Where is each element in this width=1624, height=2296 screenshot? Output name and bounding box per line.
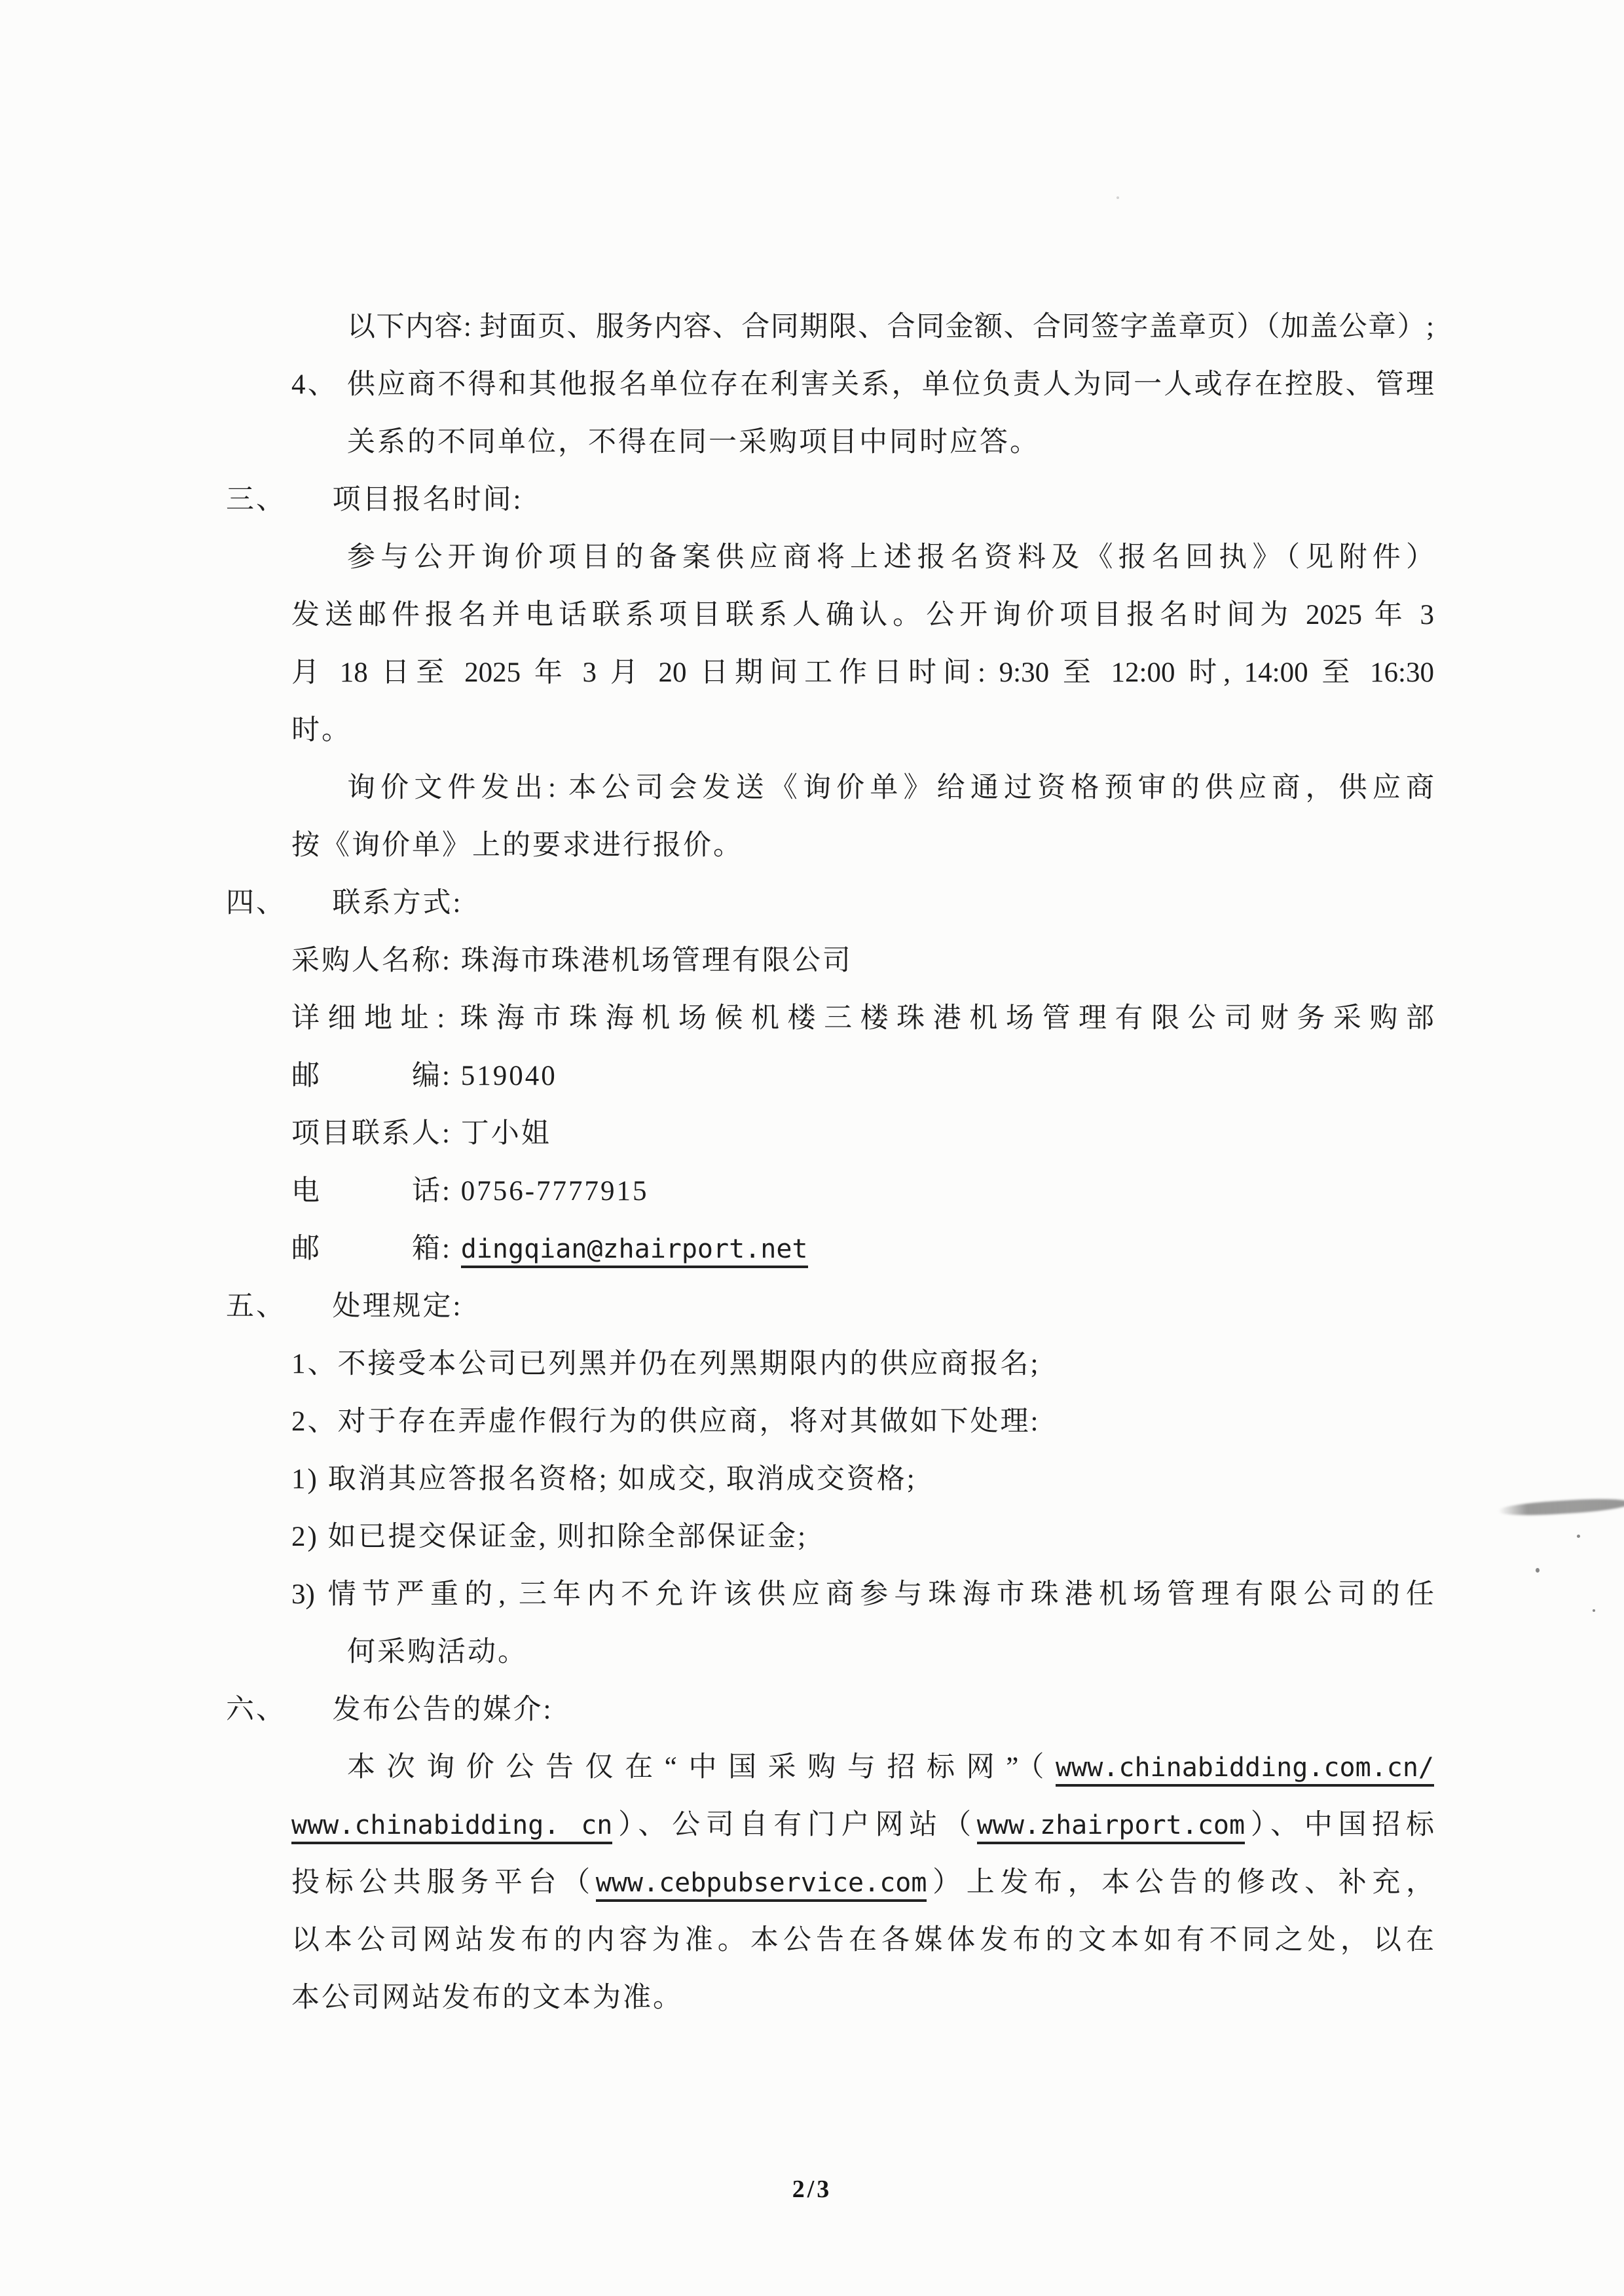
- text-run: 六、 发布公告的媒介:: [226, 1694, 553, 1725]
- text-line: 4、 供应商不得和其他报名单位存在利害关系，单位负责人为同一人或存在控股、管理: [0, 356, 1434, 414]
- text-line: 详细地址: 珠海市珠海机场候机楼三楼珠港机场管理有限公司财务采购部: [0, 990, 1434, 1048]
- text-run: 以本公司网站发布的内容为准。本公告在各媒体发布的文本如有不同之处，以在: [291, 1925, 1434, 1956]
- text-line: 月 18 日至 2025 年 3 月 20 日期间工作日时间: 9:30 至 1…: [0, 644, 1434, 702]
- text-line: 2) 如已提交保证金, 则扣除全部保证金;: [0, 1508, 1624, 1566]
- text-line: 1) 取消其应答报名资格; 如成交, 取消成交资格;: [0, 1451, 1624, 1508]
- scan-speck-artifact: [1536, 1568, 1540, 1573]
- text-line: 何采购活动。: [0, 1624, 1624, 1681]
- text-run: 邮 箱:: [291, 1233, 461, 1264]
- text-run: 邮 编: 519040: [291, 1061, 557, 1091]
- url-link-text: www.chinabidding.com.cn/: [1056, 1753, 1434, 1787]
- text-line: 本次询价公告仅在“中国采购与招标网”（www.chinabidding.com.…: [0, 1739, 1434, 1796]
- text-line: 邮 编: 519040: [0, 1048, 1624, 1105]
- text-run: ）、公司自有门户网站（: [612, 1810, 976, 1840]
- text-run: ）上发布，本公告的修改、补充，: [927, 1867, 1434, 1898]
- text-line: 发送邮件报名并电话联系项目联系人确认。公开询价项目报名时间为 2025 年 3: [0, 587, 1434, 644]
- text-line: 电 话: 0756-7777915: [0, 1163, 1624, 1220]
- text-run: 何采购活动。: [347, 1637, 528, 1667]
- text-line: 邮 箱: dingqian@zhairport.net: [0, 1220, 1624, 1278]
- text-run: 参与公开询价项目的备案供应商将上述报名资料及《报名回执》（见附件）: [347, 542, 1434, 573]
- text-line: 本公司网站发布的文本为准。: [0, 1969, 1624, 2027]
- text-line: 询价文件发出: 本公司会发送《询价单》给通过资格预审的供应商，供应商: [0, 759, 1434, 817]
- text-run: 项目联系人: 丁小姐: [291, 1118, 551, 1149]
- url-link-text: www.zhairport.com: [977, 1810, 1245, 1844]
- text-line: 采购人名称: 珠海市珠港机场管理有限公司: [0, 932, 1624, 990]
- text-run: 三、 项目报名时间:: [226, 484, 523, 515]
- scan-speck-artifact: [1593, 1609, 1595, 1612]
- page-number: 2/3: [0, 2175, 1624, 2204]
- text-run: 本次询价公告仅在“中国采购与招标网”（: [347, 1752, 1056, 1783]
- text-run: 详细地址: 珠海市珠海机场候机楼三楼珠港机场管理有限公司财务采购部: [291, 1003, 1434, 1034]
- text-run: 电 话: 0756-7777915: [291, 1176, 649, 1207]
- text-run: 2、对于存在弄虚作假行为的供应商，将对其做如下处理:: [291, 1406, 1040, 1437]
- text-run: 采购人名称: 珠海市珠港机场管理有限公司: [291, 945, 853, 976]
- text-line: 以下内容: 封面页、服务内容、合同期限、合同金额、合同签字盖章页）（加盖公章）;: [0, 299, 1434, 356]
- url-link-text: www.chinabidding. cn: [291, 1810, 612, 1844]
- text-line: 以本公司网站发布的内容为准。本公告在各媒体发布的文本如有不同之处，以在: [0, 1912, 1434, 1969]
- text-run: 2) 如已提交保证金, 则扣除全部保证金;: [291, 1522, 807, 1552]
- email-link-text: dingqian@zhairport.net: [461, 1234, 808, 1268]
- text-run: 关系的不同单位，不得在同一采购项目中同时应答。: [347, 427, 1040, 458]
- text-line: 四、 联系方式:: [0, 875, 1624, 932]
- text-line: 3) 情节严重的, 三年内不允许该供应商参与珠海市珠港机场管理有限公司的任: [0, 1566, 1434, 1624]
- text-run: 发送邮件报名并电话联系项目联系人确认。公开询价项目报名时间为 2025 年 3: [291, 600, 1434, 630]
- scan-speck-artifact: [1116, 196, 1119, 199]
- text-run: 询价文件发出: 本公司会发送《询价单》给通过资格预审的供应商，供应商: [347, 773, 1434, 803]
- text-run: 五、 处理规定:: [226, 1291, 462, 1322]
- text-run: 本公司网站发布的文本为准。: [291, 1982, 683, 2013]
- text-line: 2、对于存在弄虚作假行为的供应商，将对其做如下处理:: [0, 1393, 1624, 1451]
- text-line: 六、 发布公告的媒介:: [0, 1681, 1624, 1739]
- text-line: 按《询价单》上的要求进行报价。: [0, 817, 1624, 875]
- text-line: www.chinabidding. cn）、公司自有门户网站（www.zhair…: [0, 1796, 1434, 1854]
- document-lines: 以下内容: 封面页、服务内容、合同期限、合同金额、合同签字盖章页）（加盖公章）;…: [0, 299, 1624, 2027]
- text-run: ）、中国招标: [1245, 1810, 1434, 1840]
- text-line: 参与公开询价项目的备案供应商将上述报名资料及《报名回执》（见附件）: [0, 529, 1434, 587]
- text-run: 3) 情节严重的, 三年内不允许该供应商参与珠海市珠港机场管理有限公司的任: [291, 1579, 1434, 1610]
- text-line: 五、 处理规定:: [0, 1278, 1624, 1336]
- text-run: 四、 联系方式:: [226, 888, 462, 919]
- text-run: 1) 取消其应答报名资格; 如成交, 取消成交资格;: [291, 1464, 917, 1495]
- scan-speck-artifact: [1577, 1535, 1580, 1538]
- text-line: 投标公共服务平台（www.cebpubservice.com）上发布，本公告的修…: [0, 1854, 1434, 1912]
- text-run: 按《询价单》上的要求进行报价。: [291, 830, 743, 861]
- text-line: 关系的不同单位，不得在同一采购项目中同时应答。: [0, 414, 1624, 471]
- url-link-text: www.cebpubservice.com: [596, 1868, 927, 1902]
- scanned-document-page: 以下内容: 封面页、服务内容、合同期限、合同金额、合同签字盖章页）（加盖公章）;…: [0, 0, 1624, 2296]
- text-run: 1、不接受本公司已列黑并仍在列黑期限内的供应商报名;: [291, 1349, 1040, 1379]
- text-line: 三、 项目报名时间:: [0, 471, 1624, 529]
- text-run: 以下内容: 封面页、服务内容、合同期限、合同金额、合同签字盖章页）（加盖公章）;: [347, 312, 1434, 342]
- text-line: 1、不接受本公司已列黑并仍在列黑期限内的供应商报名;: [0, 1336, 1624, 1393]
- text-run: 时。: [291, 715, 352, 746]
- text-run: 4、 供应商不得和其他报名单位存在利害关系，单位负责人为同一人或存在控股、管理: [291, 369, 1434, 400]
- text-run: 月 18 日至 2025 年 3 月 20 日期间工作日时间: 9:30 至 1…: [291, 657, 1434, 688]
- text-line: 时。: [0, 702, 1624, 759]
- text-run: 投标公共服务平台（: [291, 1867, 596, 1898]
- text-line: 项目联系人: 丁小姐: [0, 1105, 1624, 1163]
